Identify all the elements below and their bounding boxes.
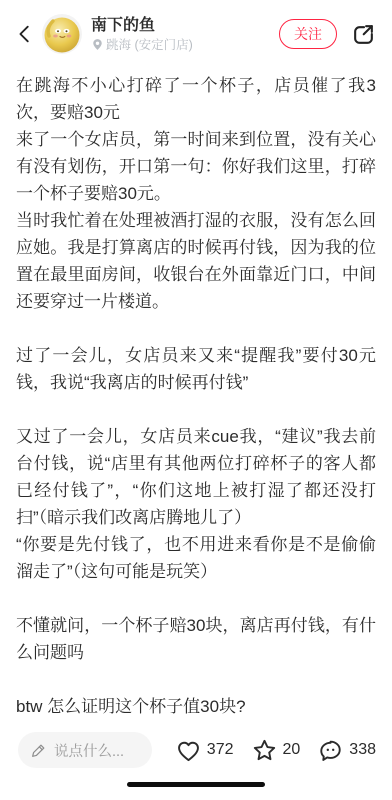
home-indicator (127, 782, 265, 787)
like-button[interactable]: 372 (175, 737, 234, 764)
user-info: 南下的鱼 跳海 (安定门店) (91, 16, 193, 53)
back-button[interactable] (12, 21, 38, 47)
pencil-icon (30, 742, 47, 759)
post-paragraph: 又过了一会儿，女店员来cue我，“建议”我去前台付钱，说“店里有其他两位打碎杯子… (16, 423, 376, 531)
follow-button[interactable]: 关注 (279, 19, 337, 49)
comment-placeholder: 说点什么... (54, 740, 124, 761)
map-pin-icon (91, 38, 104, 51)
collect-button[interactable]: 20 (251, 737, 301, 764)
comment-count: 338 (349, 741, 376, 759)
top-nav: 南下的鱼 跳海 (安定门店) 关注 (0, 0, 392, 64)
user-name[interactable]: 南下的鱼 (91, 16, 193, 36)
like-count: 372 (207, 741, 234, 759)
star-icon (251, 737, 278, 764)
post-paragraph: 不懂就问，一个杯子赔30块，离店再付钱，有什么问题吗 (16, 612, 376, 666)
share-icon (351, 22, 376, 47)
post-body: 在跳海不小心打碎了一个杯子，店员催了我3次，要赔30元 来了一个女店员，第一时间… (0, 64, 392, 720)
comment-button[interactable]: 338 (317, 737, 376, 764)
post-paragraph: 当时我忙着在处理被酒打湿的衣服，没有怎么回应她。我是打算离店的时候再付钱，因为我… (16, 207, 376, 315)
post-paragraph: 在跳海不小心打碎了一个杯子，店员催了我3次，要赔30元 (16, 72, 376, 126)
post-paragraph: 过了一会儿，女店员来又来“提醒我”要付30元钱，我说“我离店的时候再付钱” (16, 342, 376, 396)
share-button[interactable] (351, 22, 376, 47)
user-location-label: 跳海 (安定门店) (106, 37, 193, 53)
comment-input[interactable]: 说点什么... (18, 732, 152, 768)
chevron-left-icon (14, 23, 36, 45)
avatar-image (42, 14, 82, 54)
post-paragraph: 来了一个女店员，第一时间来到位置，没有关心有没有划伤，开口第一句：你好我们这里，… (16, 126, 376, 207)
collect-count: 20 (283, 741, 301, 759)
bottom-bar: 说点什么... 372 20 (0, 724, 392, 776)
heart-icon (175, 737, 202, 764)
user-location[interactable]: 跳海 (安定门店) (91, 37, 193, 53)
chat-bubble-icon (317, 737, 344, 764)
post-paragraph: “你要是先付钱了，也不用进来看你是不是偷偷溜走了”（这句可能是玩笑） (16, 531, 376, 585)
engagement-stats: 372 20 338 (175, 737, 376, 764)
avatar[interactable] (42, 14, 82, 54)
post-detail-page: 南下的鱼 跳海 (安定门店) 关注 在跳海不小心打碎了一个杯子，店员催了我3次，… (0, 0, 392, 800)
post-paragraph: btw 怎么证明这个杯子值30块? (16, 693, 376, 720)
